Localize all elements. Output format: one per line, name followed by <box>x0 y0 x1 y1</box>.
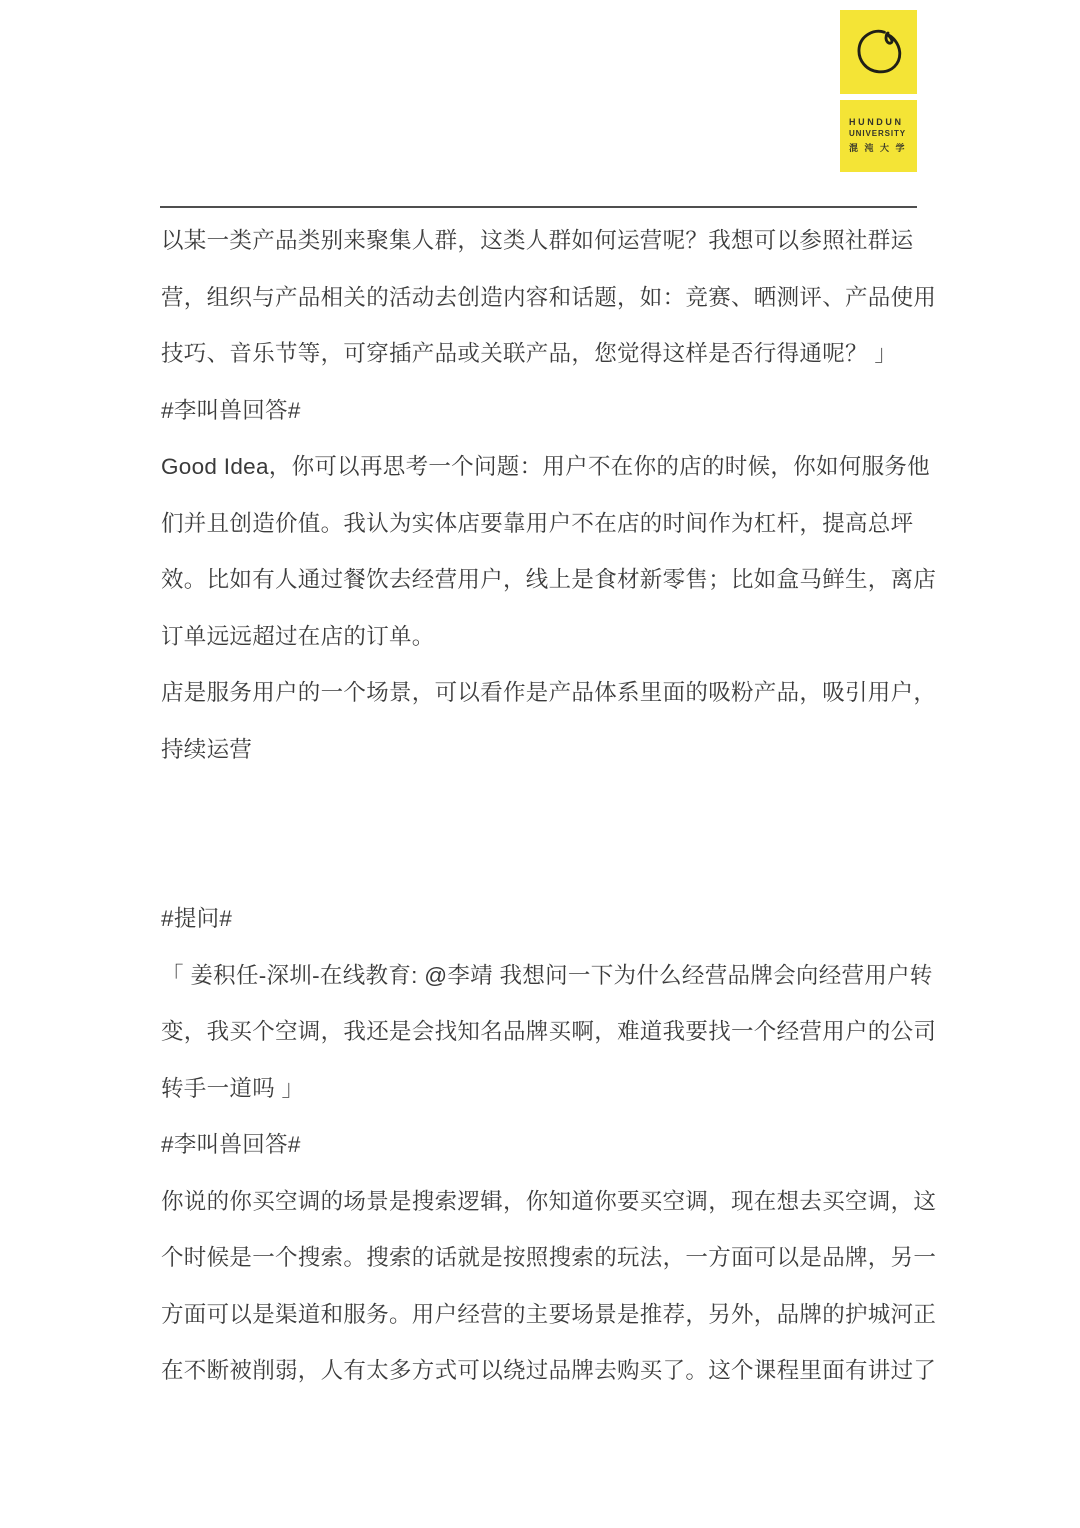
answer-tag-line: #李叫兽回答# <box>161 1117 931 1174</box>
answer-line: 效。比如有人通过餐饮去经营用户，线上是食材新零售；比如盒马鲜生，离店 <box>161 552 931 609</box>
logo-circle-block <box>840 10 917 94</box>
answer-line: Good Idea，你可以再思考一个问题：用户不在你的店的时候，你如何服务他 <box>161 439 931 496</box>
answer-line: 们并且创造价值。我认为实体店要靠用户不在店的时间作为杠杆，提高总坪 <box>161 496 931 553</box>
question-quote-line: 转手一道吗 」 <box>161 1061 931 1118</box>
question-quote-line: 变，我买个空调，我还是会找知名品牌买啊，难道我要找一个经营用户的公司 <box>161 1004 931 1061</box>
article-page: HUNDUN UNIVERSITY 混沌大学 以某一类产品类别来聚集人群，这类人… <box>0 0 1080 1528</box>
answer-tag-line: #李叫兽回答# <box>161 383 931 440</box>
logo-brand-name-cn: 混沌大学 <box>849 141 917 155</box>
logo-brand-type-en: UNIVERSITY <box>849 128 917 140</box>
answer-line: 在不断被削弱，人有太多方式可以绕过品牌去购买了。这个课程里面有讲过了 <box>161 1343 931 1400</box>
article-body: 以某一类产品类别来聚集人群，这类人群如何运营呢？我想可以参照社群运营，组织与产品… <box>161 213 931 1400</box>
question-quote-continued-line: 营，组织与产品相关的活动去创造内容和话题，如：竞赛、晒测评、产品使用 <box>161 270 931 327</box>
answer-line: 持续运营 <box>161 722 931 779</box>
blank-line <box>161 835 931 892</box>
question-quote-line: 「 姜积任-深圳-在线教育: @李靖 我想问一下为什么经营品牌会向经营用户转 <box>161 948 931 1005</box>
section-divider-rule <box>160 206 917 208</box>
answer-line: 个时候是一个搜索。搜索的话就是按照搜索的玩法，一方面可以是品牌，另一 <box>161 1230 931 1287</box>
answer-line: 你说的你买空调的场景是搜索逻辑，你知道你要买空调，现在想去买空调，这 <box>161 1174 931 1231</box>
blank-line <box>161 778 931 835</box>
hundun-university-logo: HUNDUN UNIVERSITY 混沌大学 <box>840 10 917 172</box>
logo-brand-name-en: HUNDUN <box>849 116 917 128</box>
question-tag-line: #提问# <box>161 891 931 948</box>
question-quote-continued-line: 技巧、音乐节等，可穿插产品或关联产品，您觉得这样是否行得通呢？ 」 <box>161 326 931 383</box>
answer-line: 店是服务用户的一个场景，可以看作是产品体系里面的吸粉产品，吸引用户， <box>161 665 931 722</box>
answer-line: 方面可以是渠道和服务。用户经营的主要场景是推荐，另外，品牌的护城河正 <box>161 1287 931 1344</box>
answer-line: 订单远远超过在店的订单。 <box>161 609 931 666</box>
logo-text-block: HUNDUN UNIVERSITY 混沌大学 <box>840 100 917 172</box>
enso-circle-icon <box>852 25 906 79</box>
question-quote-continued-line: 以某一类产品类别来聚集人群，这类人群如何运营呢？我想可以参照社群运 <box>161 213 931 270</box>
